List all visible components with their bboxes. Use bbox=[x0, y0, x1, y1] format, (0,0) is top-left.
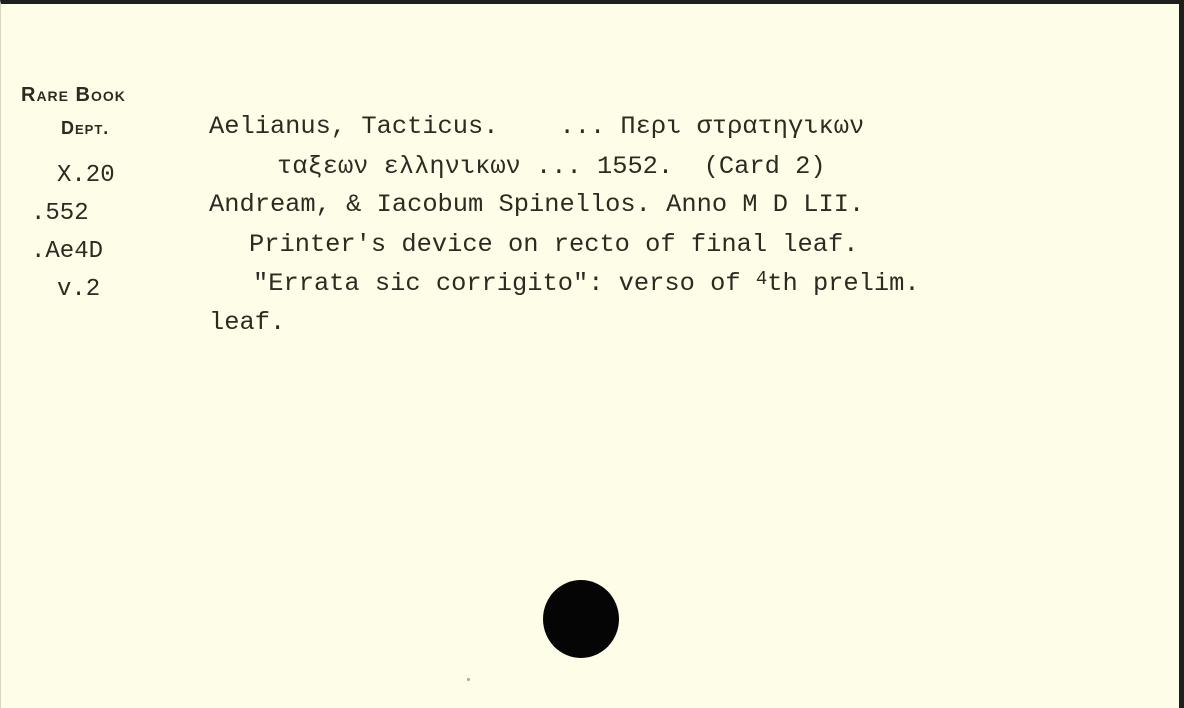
note-errata-continued: leaf. bbox=[209, 310, 285, 335]
imprint-line: Andream, & Iacobum Spinellos. Anno M D L… bbox=[209, 192, 864, 217]
card-number: (Card 2) bbox=[704, 152, 826, 181]
note-errata: "Errata sic corrigito": verso of 4th pre… bbox=[253, 270, 920, 296]
heading-line: Aelianus, Tacticus. ... Περι στρατηγικων bbox=[209, 114, 864, 139]
title-line: ταξεων ελληνικων ... 1552. (Card 2) bbox=[277, 154, 826, 179]
punch-hole bbox=[543, 580, 619, 658]
department-label: Rare Book bbox=[21, 84, 126, 107]
title-greek-part1: ... Περι στρατηγικων bbox=[559, 112, 864, 141]
note-printers-device: Printer's device on recto of final leaf. bbox=[249, 232, 858, 257]
note-errata-text: "Errata sic corrigito": verso of bbox=[253, 269, 756, 298]
paper-speck bbox=[467, 678, 470, 681]
note-errata-text-end: th prelim. bbox=[767, 269, 919, 298]
note-errata-superscript: 4 bbox=[756, 268, 767, 290]
department-label-abbrev: Dept. bbox=[61, 118, 109, 139]
call-number-date: .552 bbox=[31, 202, 89, 226]
title-greek-part2: ταξεων ελληνικων ... 1552. bbox=[277, 152, 673, 181]
call-number-volume: v.2 bbox=[57, 278, 100, 302]
catalog-card: Rare Book Dept. X.20 .552 .Ae4D v.2 Aeli… bbox=[0, 0, 1184, 708]
call-number-class: X.20 bbox=[57, 164, 115, 188]
call-number-cutter: .Ae4D bbox=[31, 240, 103, 264]
author-heading: Aelianus, Tacticus. bbox=[209, 112, 499, 141]
